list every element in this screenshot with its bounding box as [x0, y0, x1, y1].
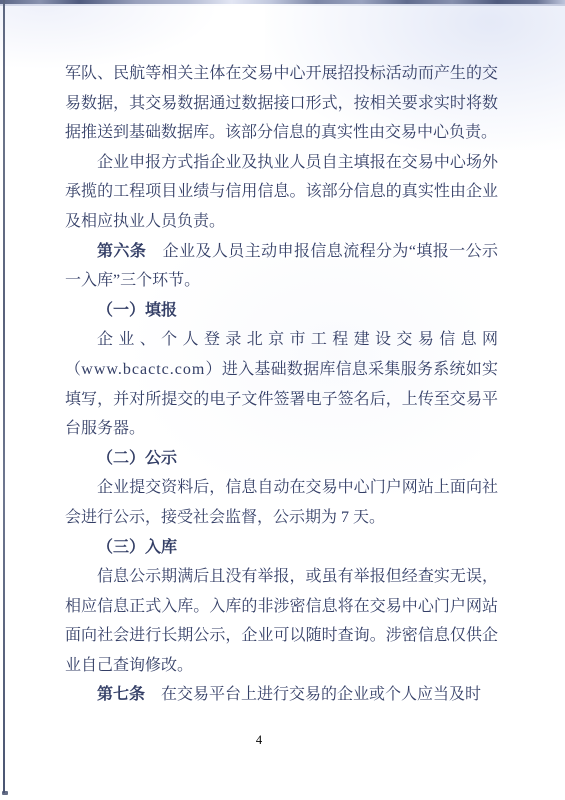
text-run: 在交易平台上进行交易的企业或个人应当及时	[145, 686, 481, 703]
paragraph: 信息公示期满后且没有举报，或虽有举报但经查实无误，相应信息正式入库。入库的非涉密…	[65, 562, 498, 680]
paragraph: （三）入库	[65, 533, 498, 563]
paragraph: 军队、民航等相关主体在交易中心开展招投标活动而产生的交易数据，其交易数据通过数据…	[65, 59, 498, 148]
document-body: 军队、民航等相关主体在交易中心开展招投标活动而产生的交易数据，其交易数据通过数据…	[65, 59, 498, 710]
text-run: 企业提交资料后，信息自动在交易中心门户网站上面向社会进行公示，接受社会监督，公示…	[65, 479, 498, 526]
text-run: 信息公示期满后且没有举报，或虽有举报但经查实无误，相应信息正式入库。入库的非涉密…	[65, 568, 498, 674]
scan-edge-left-end	[2, 791, 8, 795]
text-run: 军队、民航等相关主体在交易中心开展招投标活动而产生的交易数据，其交易数据通过数据…	[65, 65, 498, 141]
text-run-bold: 第七条	[97, 686, 145, 703]
url-text: www.bcactc.com	[81, 361, 205, 378]
text-run: （www.bcactc.com）	[65, 361, 222, 378]
paragraph: 企业申报方式指企业及执业人员自主填报在交易中心场外承揽的工程项目业绩与信用信息。…	[65, 148, 498, 237]
text-run: 企业申报方式指企业及执业人员自主填报在交易中心场外承揽的工程项目业绩与信用信息。…	[65, 154, 498, 230]
scanned-page: 军队、民航等相关主体在交易中心开展招投标活动而产生的交易数据，其交易数据通过数据…	[0, 0, 565, 800]
scan-edge-top-shadow	[0, 4, 565, 6]
paragraph: 第七条 在交易平台上进行交易的企业或个人应当及时	[65, 680, 498, 710]
text-run-bold: 第六条	[97, 243, 146, 260]
paragraph: 企业提交资料后，信息自动在交易中心门户网站上面向社会进行公示，接受社会监督，公示…	[65, 473, 498, 532]
paragraph: 第六条 企业及人员主动申报信息流程分为“填报一公示一入库”三个环节。	[65, 237, 498, 296]
page-number: 4	[195, 733, 323, 748]
paragraph: （二）公示	[65, 444, 498, 474]
text-run-bold: （一）填报	[97, 302, 177, 319]
scan-edge-left	[3, 0, 5, 793]
text-run-bold: （二）公示	[97, 450, 177, 467]
paragraph: （一）填报	[65, 296, 498, 326]
paragraph: 企业、个人登录北京市工程建设交易信息网（www.bcactc.com）进入基础数…	[65, 325, 498, 443]
text-run-bold: （三）入库	[97, 539, 177, 556]
text-run: 企业、个人登录北京市工程建设交易信息网	[97, 331, 498, 348]
